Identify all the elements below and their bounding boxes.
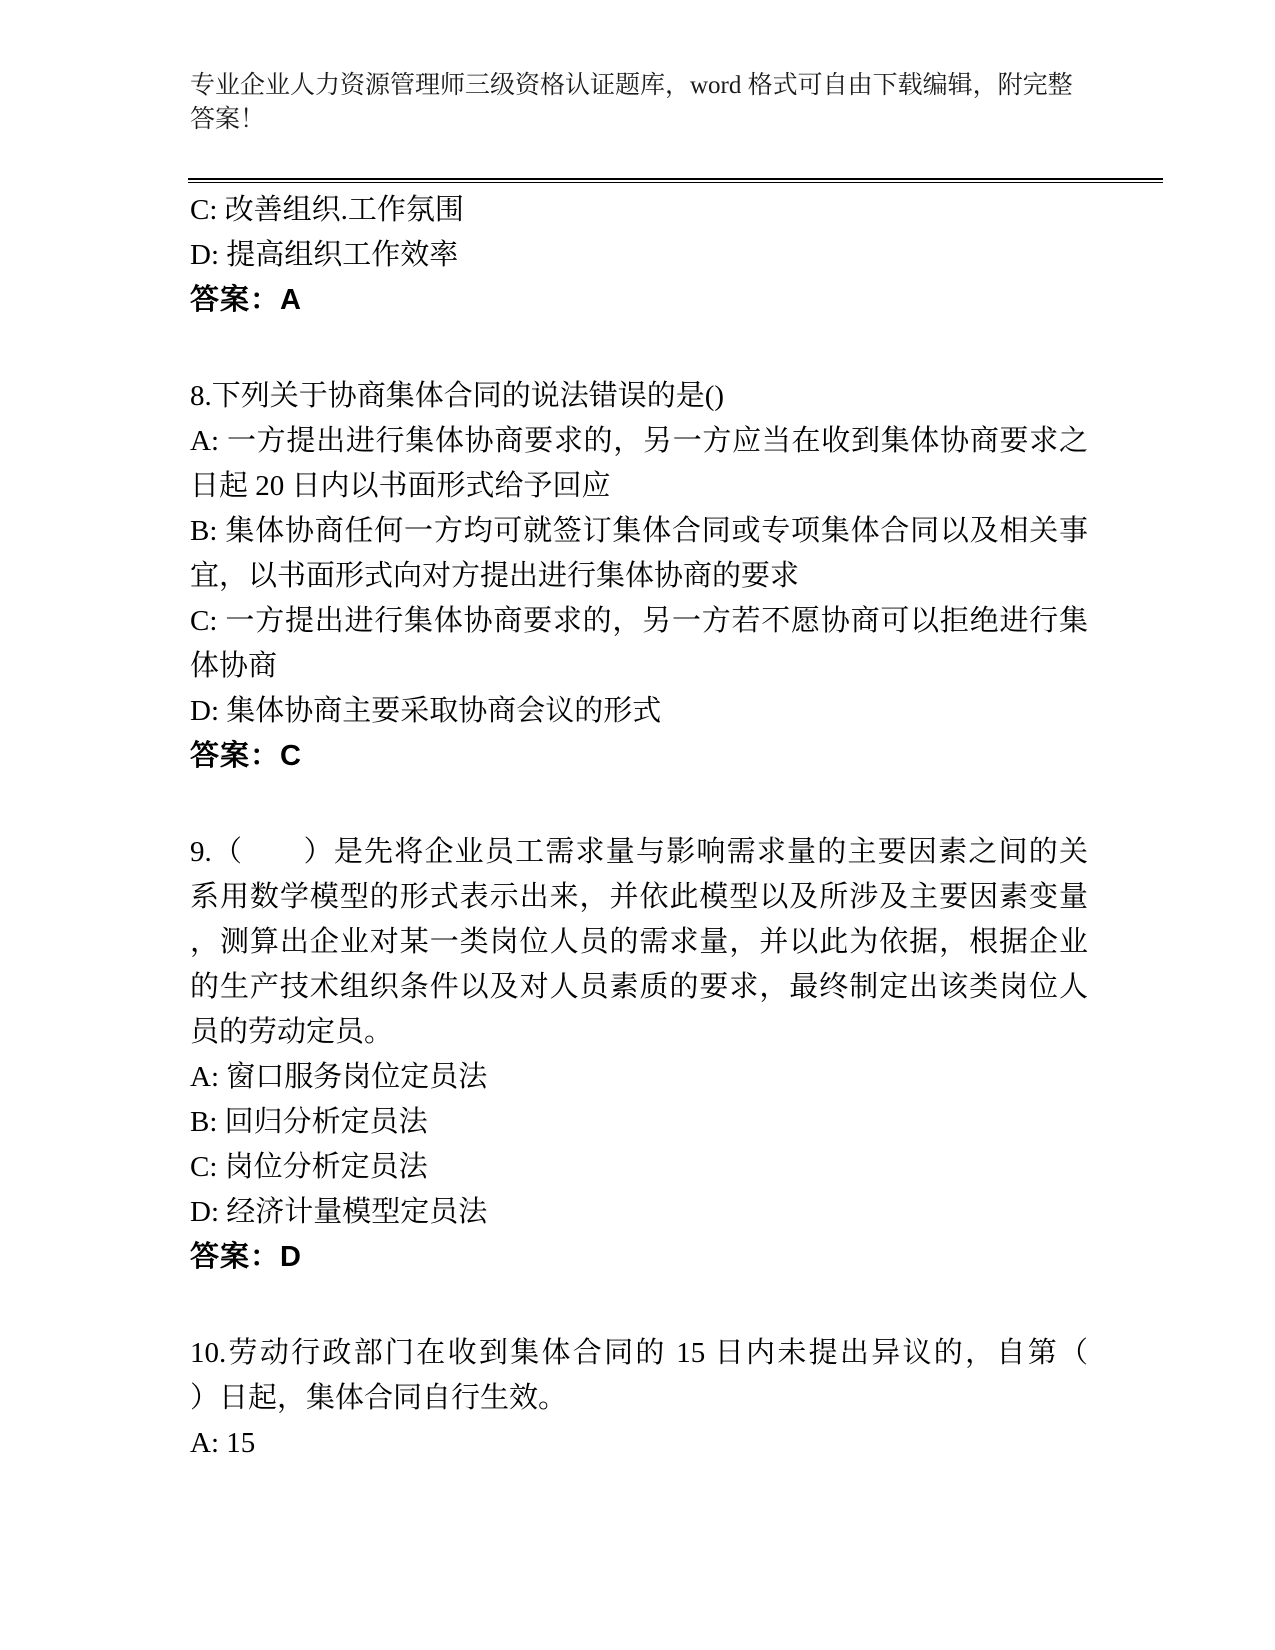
question-block: 10.劳动行政部门在收到集体合同的 15 日内未提出异议的，自第（）日起，集体合… [190,1331,1088,1466]
text-line: C: 改善组织.工作氛围 [190,188,1088,233]
text-line: A: 15 [190,1421,1088,1466]
text-line: 的生产技术组织条件以及对人员素质的要求，最终制定出该类岗位人 [190,965,1088,1010]
question-block: 9.（ ）是先将企业员工需求量与影响需求量的主要因素之间的关系用数学模型的形式表… [190,830,1088,1280]
answer-line: 答案：C [190,734,1088,779]
text-line: 体协商 [190,644,1088,689]
page-header: 专业企业人力资源管理师三级资格认证题库，word 格式可自由下载编辑，附完整 答… [190,69,1080,137]
text-line: D: 提高组织工作效率 [190,233,1088,278]
text-line: 8.下列关于协商集体合同的说法错误的是() [190,374,1088,419]
text-line: C: 岗位分析定员法 [190,1145,1088,1190]
question-block: C: 改善组织.工作氛围D: 提高组织工作效率答案：A [190,188,1088,323]
text-line: 9.（ ）是先将企业员工需求量与影响需求量的主要因素之间的关 [190,830,1088,875]
text-line: A: 窗口服务岗位定员法 [190,1055,1088,1100]
text-line: D: 经济计量模型定员法 [190,1190,1088,1235]
text-line: ）日起，集体合同自行生效。 [190,1376,1088,1421]
text-line: B: 回归分析定员法 [190,1100,1088,1145]
document-body: C: 改善组织.工作氛围D: 提高组织工作效率答案：A8.下列关于协商集体合同的… [190,188,1088,1517]
header-rule [188,178,1163,183]
text-line: B: 集体协商任何一方均可就签订集体合同或专项集体合同以及相关事 [190,509,1088,554]
question-block: 8.下列关于协商集体合同的说法错误的是()A: 一方提出进行集体协商要求的，另一… [190,374,1088,779]
text-line: ，测算出企业对某一类岗位人员的需求量，并以此为依据，根据企业 [190,920,1088,965]
document-page: 专业企业人力资源管理师三级资格认证题库，word 格式可自由下载编辑，附完整 答… [0,0,1275,1650]
header-line-1: 专业企业人力资源管理师三级资格认证题库，word 格式可自由下载编辑，附完整 [190,69,1080,103]
text-line: 员的劳动定员。 [190,1010,1088,1055]
text-line: 系用数学模型的形式表示出来，并依此模型以及所涉及主要因素变量 [190,875,1088,920]
answer-line: 答案：A [190,278,1088,323]
text-line: 10.劳动行政部门在收到集体合同的 15 日内未提出异议的，自第（ [190,1331,1088,1376]
text-line: A: 一方提出进行集体协商要求的，另一方应当在收到集体协商要求之 [190,419,1088,464]
text-line: C: 一方提出进行集体协商要求的，另一方若不愿协商可以拒绝进行集 [190,599,1088,644]
text-line: 宜，以书面形式向对方提出进行集体协商的要求 [190,554,1088,599]
text-line: D: 集体协商主要采取协商会议的形式 [190,689,1088,734]
text-line: 日起 20 日内以书面形式给予回应 [190,464,1088,509]
header-line-2: 答案！ [190,103,1080,137]
answer-line: 答案：D [190,1235,1088,1280]
